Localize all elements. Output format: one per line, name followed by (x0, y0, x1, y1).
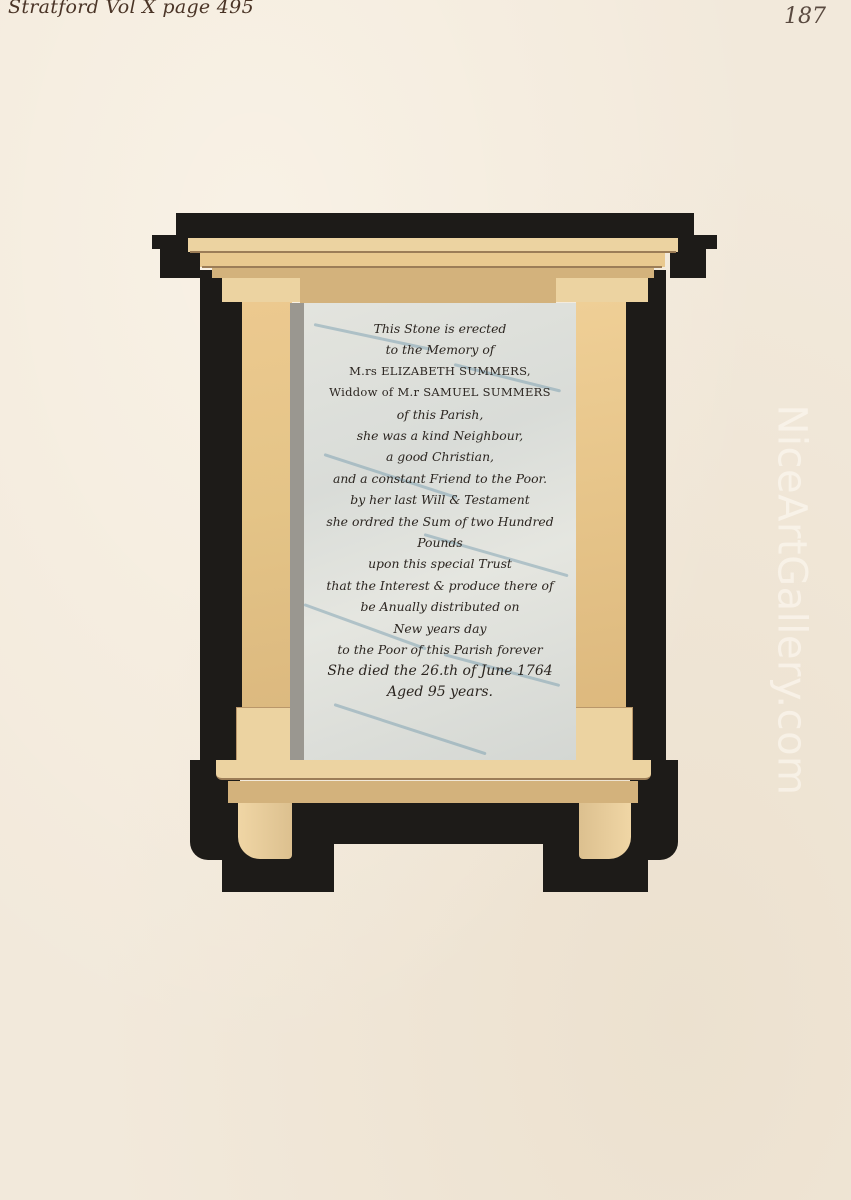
inscription-line: to the Poor of this Parish forever (304, 639, 576, 660)
black-top-slab (176, 213, 694, 239)
inscription-line: that the Interest & produce there of (304, 575, 576, 596)
inscription-line: and a constant Friend to the Poor. (304, 468, 576, 489)
cornice-middle-band (200, 253, 665, 267)
left-pilaster-plinth (236, 707, 298, 761)
inscription-line: She died the 26.th of June 1764 (304, 661, 576, 682)
black-right-side (626, 270, 666, 770)
right-capital (556, 278, 648, 302)
watermark: NiceArtGallery.com (757, 410, 827, 790)
frieze-under-cornice (300, 278, 556, 303)
right-pilaster-plinth (571, 707, 633, 761)
marble-vein (334, 703, 487, 755)
inscription-line: be Anually distributed on (304, 596, 576, 617)
folio-number: 187 (784, 4, 826, 29)
tablet-shadow (290, 303, 304, 760)
inscription-line: This Stone is erected (304, 318, 576, 339)
inscription-line: Widdow of M.r SAMUEL SUMMERS (304, 382, 576, 403)
inscription-line: M.rs ELIZABETH SUMMERS, (304, 361, 576, 382)
base-shelf-top (216, 760, 651, 780)
drawing-sheet: Stratford Vol X page 495 187 NiceArtGall… (0, 0, 851, 1200)
inscription-line: of this Parish, (304, 404, 576, 425)
inscription-line: New years day (304, 618, 576, 639)
inscription-line: to the Memory of (304, 339, 576, 360)
right-console-bracket (579, 803, 631, 859)
black-left-side (200, 270, 242, 770)
black-under-shelf (290, 800, 580, 844)
inscription-line: Aged 95 years. (304, 682, 576, 703)
left-console-bracket (238, 803, 292, 859)
inscription-line: Pounds (304, 532, 576, 553)
right-pilaster (576, 302, 626, 708)
cornice-top-band (188, 238, 678, 252)
cornice-frieze (212, 268, 654, 278)
watermark-text: NiceArtGallery.com (769, 404, 815, 795)
inscription-line: she was a kind Neighbour, (304, 425, 576, 446)
left-pilaster (242, 302, 292, 708)
inscription-line: upon this special Trust (304, 553, 576, 574)
inscription-line: she ordred the Sum of two Hundred (304, 511, 576, 532)
inscription-line: a good Christian, (304, 446, 576, 467)
inscription-text: This Stone is erected to the Memory of M… (304, 318, 576, 703)
volume-page-caption: Stratford Vol X page 495 (8, 0, 254, 18)
base-shelf-lower (228, 781, 638, 803)
inscription-line: by her last Will & Testament (304, 489, 576, 510)
